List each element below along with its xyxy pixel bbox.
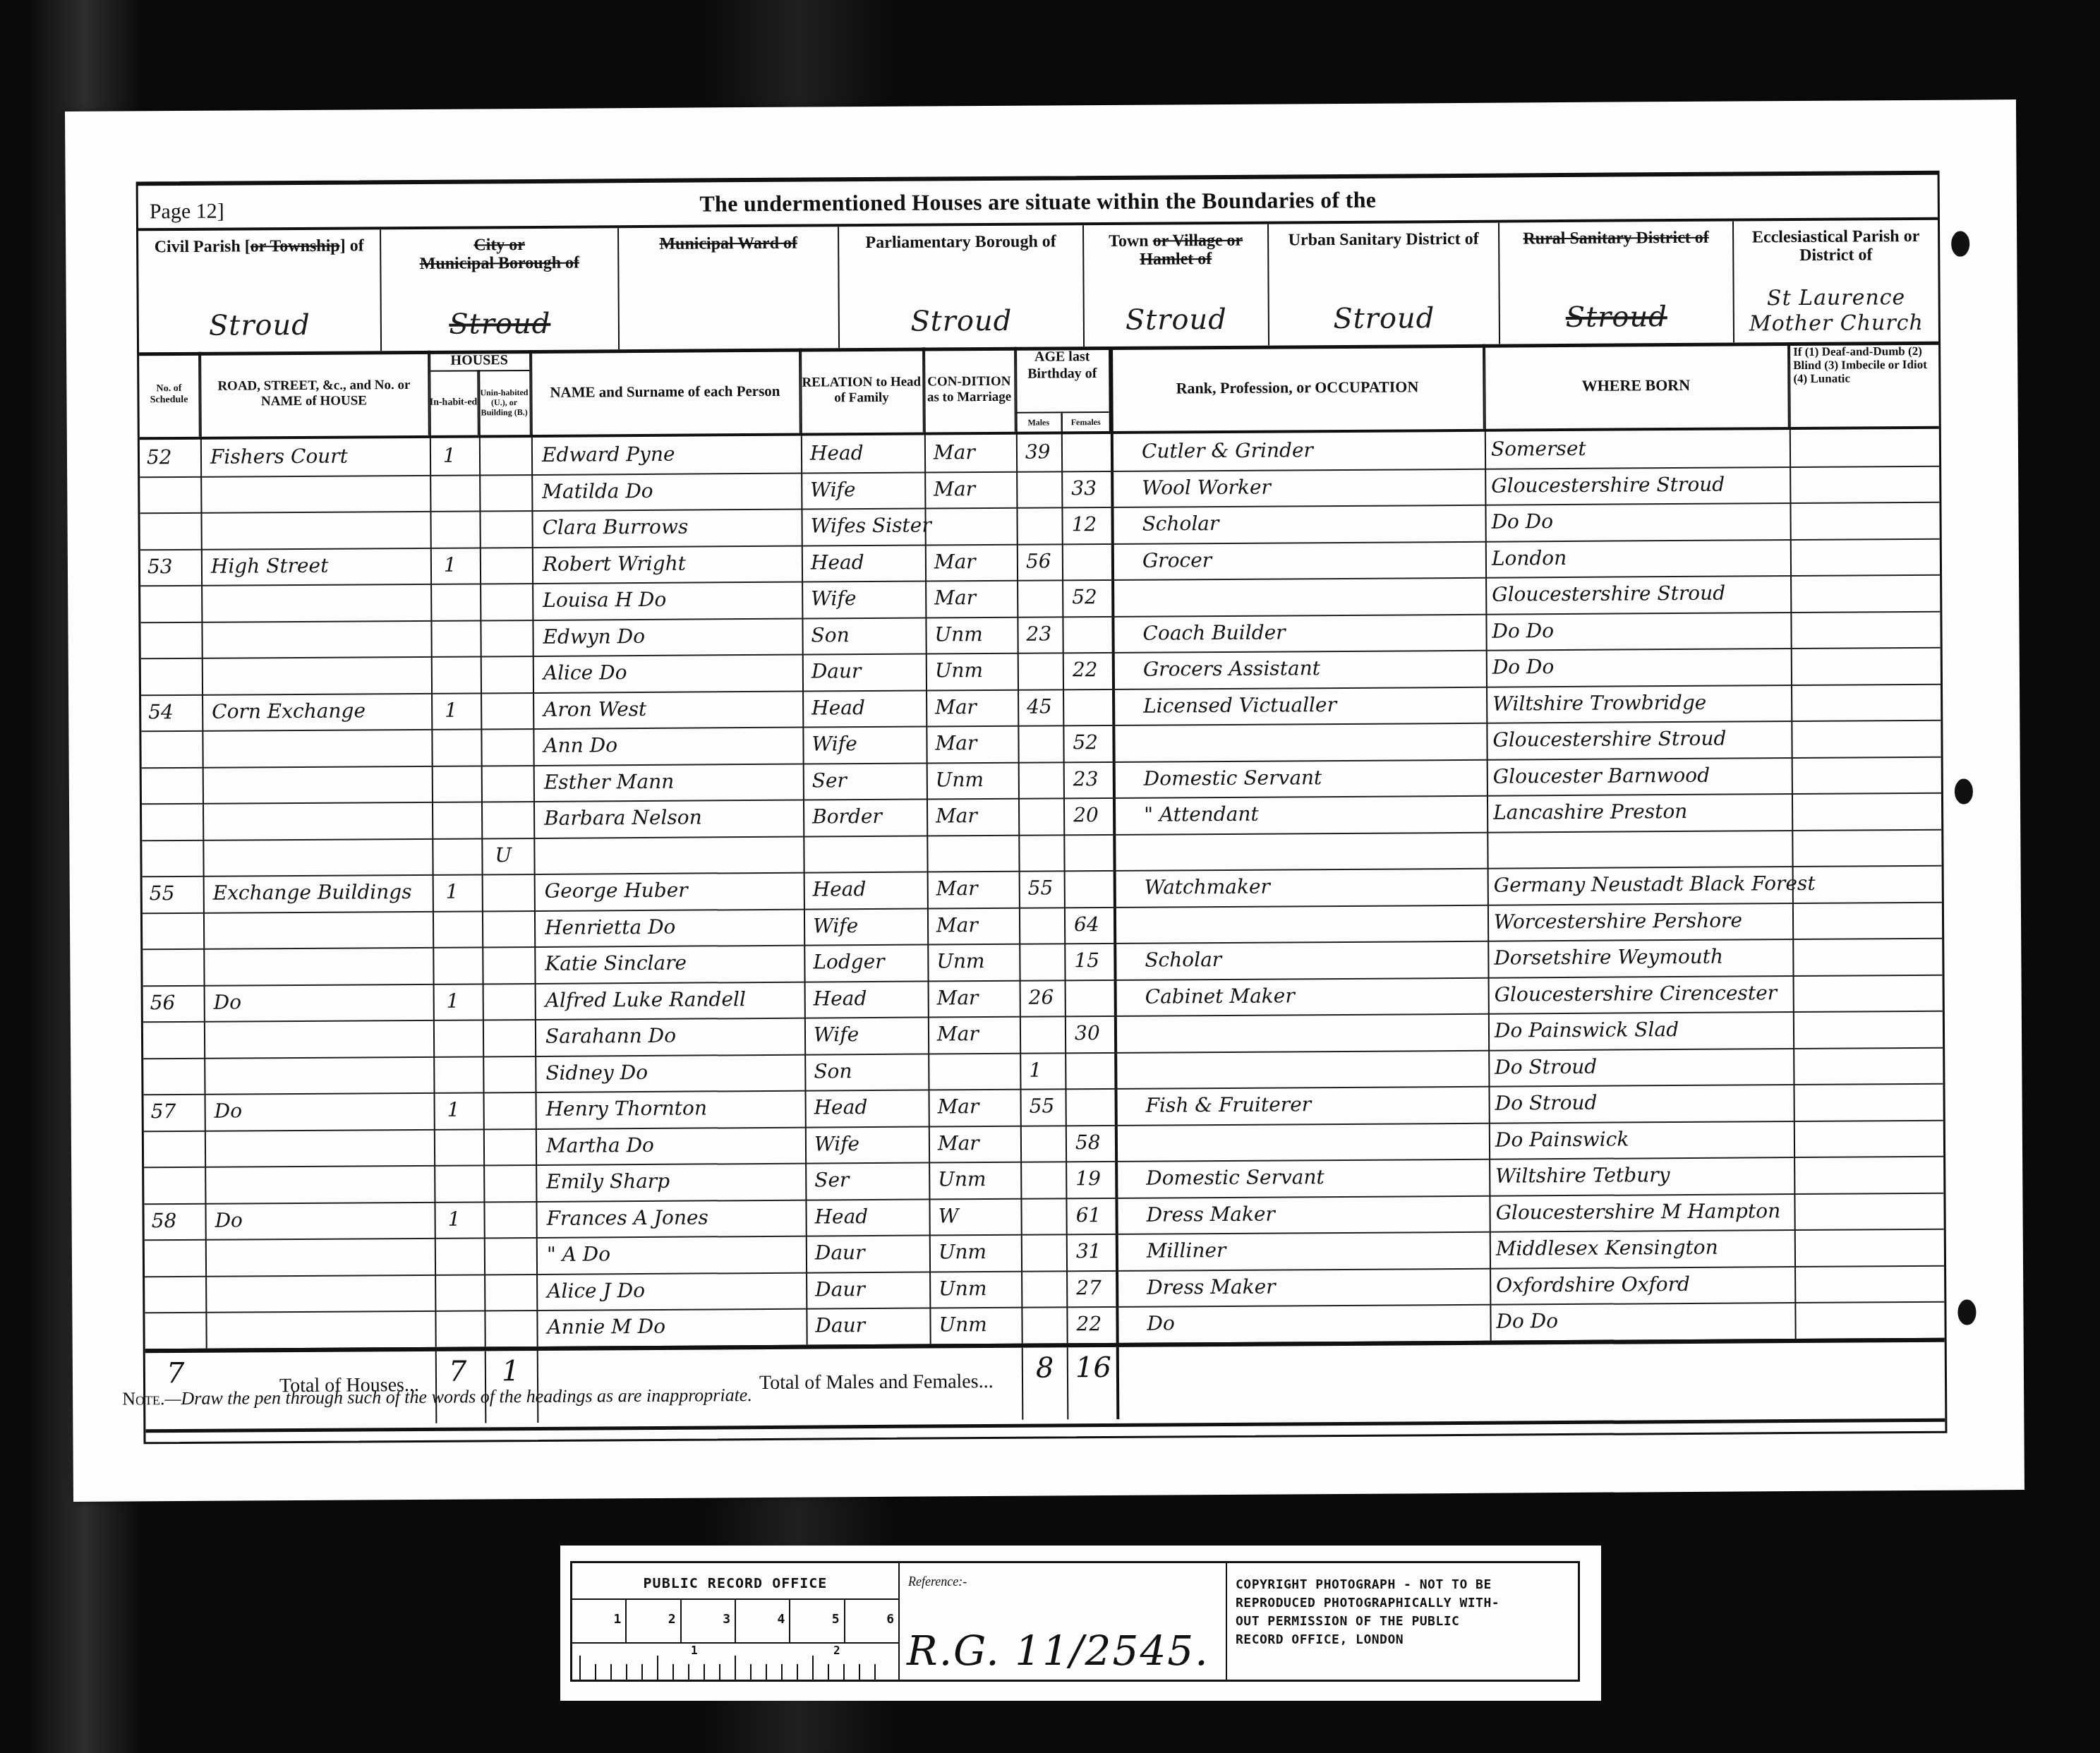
person-name-cell: Matilda Do <box>542 472 796 509</box>
female-age-cell: 23 <box>1073 761 1109 796</box>
schedule-cell <box>148 730 198 766</box>
male-age-cell <box>1025 471 1061 506</box>
male-age-cell: 55 <box>1029 1088 1064 1124</box>
female-age-cell: 19 <box>1075 1161 1111 1196</box>
male-age-cell <box>1029 1016 1064 1051</box>
person-name-cell: Aron West <box>543 690 797 727</box>
condition-cell: Mar <box>935 689 1013 725</box>
municipal-borough-value: Stroud <box>382 307 618 341</box>
condition-cell: Unm <box>936 761 1013 797</box>
infirmity-cell <box>1798 1011 1932 1047</box>
urban-sanitary-label: Urban Sanitary District of <box>1269 223 1498 250</box>
road-cell <box>215 1238 434 1275</box>
where-born-cell <box>1493 830 1790 867</box>
census-page: Page 12] The undermentioned Houses are s… <box>65 100 2024 1502</box>
condition-cell: Unm <box>938 1162 1015 1198</box>
uninhabited-cell <box>493 474 521 510</box>
copyright-line: OUT PERMISSION OF THE PUBLIC <box>1236 1613 1567 1631</box>
road-cell <box>213 910 432 947</box>
relation-cell: Head <box>813 872 926 908</box>
female-age-cell <box>1075 1052 1110 1087</box>
uninhabited-cell <box>497 1237 526 1272</box>
female-age-cell <box>1074 870 1109 905</box>
scale-tick <box>595 1664 596 1680</box>
where-born-cell: Do Do <box>1492 612 1788 649</box>
where-born-cell: Do Stroud <box>1495 1048 1791 1085</box>
municipal-ward-cell: Municipal Ward of <box>619 227 840 349</box>
municipal-borough-cell: City or Municipal Borough of Stroud <box>381 228 620 351</box>
scale-tick <box>874 1664 876 1680</box>
infirmity-cell <box>1795 574 1929 610</box>
header-houses: HOUSES <box>429 350 529 372</box>
condition-cell: Mar <box>934 471 1011 507</box>
header-name: NAME and Surname of each Person <box>531 349 801 435</box>
inhabited-cell <box>448 1310 476 1345</box>
binding-hole-icon <box>1957 1299 1976 1325</box>
male-age-cell <box>1028 907 1063 942</box>
scale-tick <box>828 1664 829 1680</box>
person-name-cell: Robert Wright <box>543 545 797 582</box>
road-cell: Fishers Court <box>210 438 429 475</box>
male-age-cell: 23 <box>1026 616 1061 651</box>
total-persons-label: Total of Males and Females... <box>759 1371 994 1394</box>
infirmity-cell <box>1797 793 1931 829</box>
male-age-cell: 26 <box>1029 980 1064 1015</box>
infirmity-cell <box>1797 901 1931 937</box>
inhabited-cell: 1 <box>447 1092 475 1127</box>
person-name-cell: Alice J Do <box>547 1272 801 1308</box>
where-born-cell: Do Painswick <box>1495 1121 1792 1158</box>
person-name-cell: Edwyn Do <box>543 618 797 654</box>
uninhabited-cell <box>497 1201 525 1236</box>
total-females: 16 <box>1075 1351 1111 1384</box>
schedule-cell <box>149 803 198 838</box>
schedule-cell <box>147 621 197 656</box>
inhabited-cell <box>443 474 471 510</box>
copyright-line: REPRODUCED PHOTOGRAPHICALLY WITH- <box>1236 1594 1567 1613</box>
header-occupation: Rank, Profession, or OCCUPATION <box>1111 344 1485 431</box>
uninhabited-cell <box>495 874 524 909</box>
person-name-cell: George Huber <box>545 872 799 909</box>
road-cell <box>212 729 430 766</box>
female-age-cell: 58 <box>1075 1124 1111 1159</box>
condition-cell: Mar <box>936 907 1014 943</box>
uninhabited-cell <box>493 547 521 582</box>
inhabited-cell: 1 <box>447 983 475 1018</box>
header-road: ROAD, STREET, &c., and No. or NAME of HO… <box>200 351 430 437</box>
infirmity-cell <box>1798 1083 1932 1119</box>
where-born-cell: Do Painswick Slad <box>1495 1011 1791 1049</box>
infirmity-cell <box>1797 865 1931 901</box>
town-cell: Town or Village or Hamlet of Stroud <box>1084 224 1269 347</box>
uninhabited-cell <box>494 692 522 728</box>
parliamentary-borough-label: Parliamentary Borough of <box>839 225 1082 252</box>
occupation-cell: " Attendant <box>1144 795 1483 833</box>
urban-sanitary-cell: Urban Sanitary District of Stroud <box>1269 223 1500 346</box>
footnote: Note.—Draw the pen through such of the w… <box>122 1385 752 1409</box>
parliamentary-borough-value: Stroud <box>840 304 1083 338</box>
where-born-cell: Gloucestershire Stroud <box>1492 575 1788 613</box>
road-cell: High Street <box>211 547 430 584</box>
parliamentary-borough-cell: Parliamentary Borough of Stroud <box>839 225 1085 348</box>
schedule-cell <box>147 476 196 511</box>
uninhabited-cell <box>495 910 524 946</box>
scale-panel: PUBLIC RECORD OFFICE 1 2 3 4 5 6 1 2 <box>572 1563 900 1680</box>
occupation-cell: Wool Worker <box>1142 468 1480 505</box>
person-name-cell: Katie Sinclare <box>545 945 799 982</box>
female-age-cell <box>1072 615 1107 651</box>
occupation-cell: Coach Builder <box>1142 613 1481 651</box>
person-name-cell: Frances A Jones <box>546 1199 800 1236</box>
condition-cell: Unm <box>936 944 1014 980</box>
total-schedules: 7 <box>167 1357 185 1390</box>
male-age-cell <box>1030 1270 1066 1306</box>
rural-sanitary-value: Stroud <box>1500 301 1733 335</box>
where-born-cell: Lancashire Preston <box>1493 793 1790 831</box>
relation-cell: Head <box>814 1090 927 1126</box>
person-name-cell: Clara Burrows <box>542 509 796 546</box>
occupation-cell: Grocers Assistant <box>1143 650 1482 687</box>
male-age-cell <box>1030 1306 1066 1342</box>
infirmity-cell <box>1794 465 1929 501</box>
infirmity-cell <box>1799 1156 1933 1192</box>
female-age-cell: 22 <box>1076 1306 1111 1342</box>
inhabited-cell <box>443 510 471 546</box>
infirmity-cell <box>1798 1047 1932 1083</box>
uninhabited-cell <box>497 1274 526 1309</box>
road-cell <box>210 511 429 548</box>
scale-tick <box>610 1664 612 1680</box>
schedule-cell <box>152 1312 201 1347</box>
relation-cell: Wife <box>814 1017 927 1053</box>
condition-cell: Mar <box>934 435 1011 471</box>
scale-mark: 6 <box>845 1600 898 1642</box>
schedule-cell: 55 <box>150 876 199 911</box>
occupation-cell: Dress Maker <box>1146 1195 1485 1232</box>
relation-cell: Daur <box>815 1308 928 1344</box>
road-cell <box>214 1056 433 1092</box>
infirmity-cell <box>1795 610 1929 646</box>
inhabited-cell <box>444 583 472 618</box>
municipal-ward-label: Municipal Ward of <box>619 227 838 253</box>
township-struck-label: or Township <box>251 237 340 256</box>
condition-cell: Mar <box>936 871 1014 907</box>
person-name-cell: Sidney Do <box>545 1054 799 1090</box>
occupation-cell: Dress Maker <box>1147 1267 1485 1305</box>
scale-tick <box>797 1664 798 1680</box>
footnote-text: —Draw the pen through such of the words … <box>164 1385 752 1409</box>
public-record-office-label: PUBLIC RECORD OFFICE 1 2 3 4 5 6 1 2 Ref… <box>560 1546 1601 1701</box>
infirmity-cell <box>1795 538 1929 574</box>
male-age-cell <box>1027 652 1062 687</box>
page-title: The undermentioned Houses are situate wi… <box>138 183 1938 221</box>
male-age-cell <box>1027 761 1063 797</box>
where-born-cell: Gloucester Barnwood <box>1493 757 1790 795</box>
header-schedule: No. of Schedule <box>139 352 200 438</box>
where-born-cell: Germany Neustadt Black Forest <box>1494 866 1790 903</box>
occupation-cell <box>1143 723 1482 760</box>
scale-tick <box>812 1656 814 1680</box>
uninhabited-cell <box>495 946 524 982</box>
uninhabited-cell <box>497 1310 526 1345</box>
where-born-cell: Do Do <box>1491 502 1787 540</box>
condition-cell <box>934 507 1011 543</box>
schedule-cell <box>148 658 198 693</box>
relation-cell: Lodger <box>813 944 926 980</box>
scale-tick <box>688 1664 689 1680</box>
where-born-cell: Do Do <box>1496 1302 1792 1339</box>
relation-cell: Wife <box>811 726 924 762</box>
schedule-cell: 56 <box>150 984 200 1020</box>
inch-scale: 1 2 3 4 5 6 <box>572 1598 898 1644</box>
relation-cell <box>812 835 925 871</box>
occupation-cell: Cutler & Grinder <box>1142 432 1480 469</box>
uninhabited-cell <box>494 656 522 691</box>
header-females: Females <box>1063 413 1109 431</box>
schedule-cell <box>152 1239 201 1275</box>
header-infirmity: If (1) Deaf-and-Dumb (2) Blind (3) Imbec… <box>1789 342 1938 427</box>
occupation-cell: Scholar <box>1142 505 1480 542</box>
occupation-cell: Domestic Servant <box>1144 759 1483 796</box>
header-relation: RELATION to Head of Family <box>800 348 924 433</box>
condition-cell: Mar <box>935 725 1013 761</box>
city-struck-label: City or <box>381 235 617 255</box>
person-name-cell: Edward Pyne <box>542 436 796 473</box>
scale-tick <box>843 1664 845 1680</box>
relation-cell: Head <box>814 980 927 1016</box>
pro-title: PUBLIC RECORD OFFICE <box>572 1574 898 1591</box>
infirmity-cell <box>1796 683 1930 719</box>
cm-scale: 1 2 <box>572 1642 898 1680</box>
urban-sanitary-value: Stroud <box>1269 302 1499 336</box>
relation-cell: Wife <box>814 1126 927 1162</box>
uninhabited-cell <box>493 583 521 618</box>
header-uninhabited: Unin-habited (U.), or Building (B.) <box>478 370 530 435</box>
village-hamlet-struck-label: or Village or Hamlet of <box>1140 231 1243 269</box>
person-name-cell: Martha Do <box>546 1126 800 1163</box>
condition-cell: Unm <box>939 1270 1016 1306</box>
uninhabited-cell <box>496 1092 524 1127</box>
relation-cell: Wife <box>813 908 926 944</box>
uninhabited-cell <box>494 728 522 764</box>
condition-cell: Mar <box>937 1016 1015 1052</box>
civil-parish-cell: Civil Parish [or Township] of Stroud <box>138 229 382 352</box>
person-name-cell: Sarahann Do <box>545 1018 799 1054</box>
road-cell <box>212 656 430 693</box>
header-where-born: WHERE BORN <box>1484 342 1790 429</box>
where-born-cell: Do Do <box>1492 648 1789 685</box>
schedule-cell: 53 <box>147 548 197 584</box>
occupation-cell <box>1142 577 1481 615</box>
inhabited-cell <box>448 1274 476 1309</box>
infirmity-cell <box>1799 1192 1933 1228</box>
footnote-prefix: Note. <box>122 1388 164 1409</box>
female-age-cell <box>1073 688 1108 723</box>
occupation-cell <box>1144 831 1483 869</box>
boundaries-row: Civil Parish [or Township] of Stroud Cit… <box>138 217 1938 356</box>
where-born-cell: Gloucestershire M Hampton <box>1495 1193 1792 1231</box>
scale-mark: 2 <box>627 1600 681 1642</box>
header-age: AGE last Birthday of <box>1015 347 1109 414</box>
female-age-cell: 30 <box>1075 1016 1110 1051</box>
person-name-cell: Henrietta Do <box>545 908 799 945</box>
scale-mark: 1 <box>572 1600 627 1642</box>
town-label: Town <box>1109 232 1153 251</box>
relation-cell: Head <box>814 1198 927 1234</box>
male-age-cell <box>1028 943 1063 978</box>
where-born-cell: Wiltshire Tetbury <box>1495 1157 1792 1194</box>
inhabited-cell <box>445 728 473 764</box>
female-age-cell: 20 <box>1073 797 1109 833</box>
road-cell <box>211 620 430 656</box>
reference-label: Reference:- <box>908 1574 967 1589</box>
condition-cell: Mar <box>937 1089 1015 1125</box>
where-born-cell: Gloucestershire Cirencester <box>1495 975 1791 1013</box>
inhabited-cell <box>448 1237 476 1272</box>
infirmity-cell <box>1799 1119 1933 1155</box>
relation-cell: Head <box>810 435 923 471</box>
uninhabited-cell <box>493 620 521 655</box>
inhabited-cell <box>447 1019 475 1054</box>
condition-cell: Mar <box>934 580 1012 616</box>
road-cell <box>215 1165 433 1202</box>
inhabited-cell: 1 <box>444 547 472 582</box>
schedule-cell <box>150 1021 200 1056</box>
scale-tick <box>859 1664 860 1680</box>
inhabited-cell: 1 <box>446 874 474 909</box>
infirmity-cell <box>1798 974 1932 1010</box>
column-rule <box>1067 1347 1069 1419</box>
schedule-cell <box>147 512 196 548</box>
road-cell: Corn Exchange <box>212 692 430 729</box>
scale-tick <box>641 1664 643 1680</box>
schedule-cell <box>150 1057 200 1092</box>
header-condition: CON-DITION as to Marriage <box>924 347 1016 433</box>
infirmity-cell <box>1797 756 1931 792</box>
column-header-row: No. of Schedule ROAD, STREET, &c., and N… <box>139 342 1939 440</box>
civil-parish-value: Stroud <box>139 308 380 342</box>
uninhabited-cell <box>495 801 523 836</box>
column-rule <box>1022 1348 1024 1420</box>
where-born-cell: Oxfordshire Oxford <box>1496 1266 1792 1303</box>
inhabited-cell <box>447 1164 476 1200</box>
person-name-cell: Esther Mann <box>544 763 798 800</box>
infirmity-cell <box>1799 1301 1933 1337</box>
reference-number: R.G. 11/2545. <box>907 1627 1209 1675</box>
condition-cell <box>937 1052 1015 1088</box>
uninhabited-cell <box>493 438 521 473</box>
occupation-cell <box>1145 904 1483 941</box>
road-cell <box>212 802 431 838</box>
condition-cell: Unm <box>935 653 1013 689</box>
male-age-cell: 1 <box>1029 1052 1064 1088</box>
occupation-cell: Scholar <box>1145 941 1483 978</box>
occupation-cell: Domestic Servant <box>1146 1159 1485 1196</box>
scale-tick <box>672 1664 674 1680</box>
totals-row: 7 Total of Houses... 7 1 Total of Males … <box>145 1338 1945 1433</box>
condition-cell: Mar <box>937 980 1015 1016</box>
copyright-line: COPYRIGHT PHOTOGRAPH - NOT TO BE <box>1236 1576 1567 1594</box>
occupation-cell <box>1145 1013 1484 1051</box>
infirmity-cell <box>1796 647 1930 683</box>
schedule-cell <box>151 1130 200 1165</box>
road-cell <box>212 765 431 802</box>
total-inhabited: 7 <box>449 1356 467 1388</box>
male-age-cell <box>1027 797 1063 833</box>
person-name-cell: Ann Do <box>543 727 797 764</box>
road-cell: Do <box>215 1201 433 1238</box>
road-cell: Do <box>214 983 433 1020</box>
female-age-cell <box>1075 1088 1110 1124</box>
schedule-cell <box>151 1167 200 1202</box>
relation-cell: Wifes Sister <box>810 508 923 544</box>
female-age-cell: 33 <box>1071 470 1106 505</box>
inhabited-cell <box>447 1128 476 1164</box>
person-name-cell: Alfred Luke Randell <box>545 981 799 1018</box>
schedule-cell <box>149 766 198 802</box>
male-age-cell <box>1030 1125 1065 1160</box>
relation-cell: Head <box>811 544 924 580</box>
binding-hole-icon <box>1951 231 1969 257</box>
person-name-cell: Barbara Nelson <box>544 800 798 836</box>
inhabited-cell: 1 <box>445 692 473 728</box>
infirmity-cell <box>1797 829 1931 865</box>
female-age-cell: 52 <box>1073 725 1108 760</box>
male-age-cell <box>1030 1161 1065 1196</box>
female-age-cell <box>1071 434 1106 469</box>
where-born-cell: Gloucestershire Stroud <box>1491 466 1787 504</box>
scale-mark: 5 <box>790 1600 845 1642</box>
inhabited-cell: 1 <box>447 1201 476 1236</box>
schedule-cell: 52 <box>147 440 196 475</box>
female-age-cell <box>1075 979 1110 1014</box>
scale-mark: 1 <box>691 1644 698 1657</box>
inhabited-cell <box>446 946 474 982</box>
where-born-cell: Somerset <box>1491 430 1787 467</box>
occupation-cell: Do <box>1147 1304 1485 1342</box>
road-cell <box>214 1020 433 1056</box>
total-uninhabited: 1 <box>502 1355 520 1387</box>
condition-cell <box>936 834 1013 870</box>
male-age-cell <box>1030 1234 1066 1269</box>
male-age-cell <box>1027 725 1062 760</box>
scale-tick <box>781 1664 783 1680</box>
ecclesiastical-parish-label: Ecclesiastical Parish or District of <box>1734 220 1938 265</box>
inhabited-cell <box>445 765 473 800</box>
male-age-cell <box>1026 579 1061 615</box>
occupation-cell <box>1145 1049 1484 1087</box>
person-name-cell <box>544 836 798 872</box>
infirmity-cell <box>1794 429 1929 465</box>
where-born-cell: Middlesex Kensington <box>1496 1229 1792 1267</box>
schedule-cell <box>150 948 199 984</box>
binding-hole-icon <box>1955 779 1973 805</box>
person-name-cell: Annie M Do <box>547 1308 801 1345</box>
female-age-cell: 15 <box>1074 943 1109 978</box>
relation-cell: Son <box>811 617 924 653</box>
civil-parish-label: Civil Parish [ <box>155 237 251 256</box>
schedule-cell <box>150 912 199 947</box>
town-value: Stroud <box>1085 303 1268 337</box>
civil-parish-label-suffix: ] of <box>340 236 364 255</box>
occupation-cell: Watchmaker <box>1145 868 1483 905</box>
header-age-group: AGE last Birthday of Males Females <box>1015 347 1112 432</box>
relation-cell: Wife <box>811 581 924 617</box>
ecclesiastical-parish-cell: Ecclesiastical Parish or District of St … <box>1734 220 1938 343</box>
ecclesiastical-parish-value: St Laurence Mother Church <box>1734 285 1938 337</box>
occupation-cell <box>1146 1122 1485 1159</box>
female-age-cell: 64 <box>1074 906 1109 941</box>
